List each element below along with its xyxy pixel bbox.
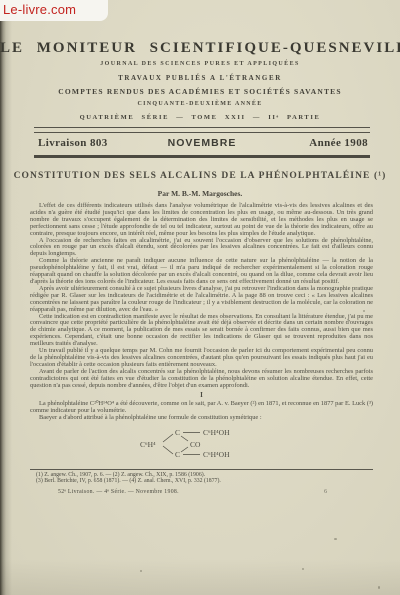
formula-bottom-carbon: C bbox=[175, 450, 180, 459]
paper-speck bbox=[363, 310, 365, 312]
paper-speck bbox=[302, 568, 304, 570]
footnotes: (1) Z. angew. Ch., 1907, p. 6. — (2) Z. … bbox=[30, 472, 373, 485]
masthead-line-travaux: TRAVAUX PUBLIÉS A L'ÉTRANGER bbox=[0, 74, 400, 82]
article-paragraph: Baeyer a d'abord attribué à la phénolpht… bbox=[30, 415, 373, 422]
section-marker: I bbox=[30, 392, 373, 399]
article-title: CONSTITUTION DES SELS ALCALINS DE LA PHÉ… bbox=[0, 171, 400, 181]
journal-subtitle: JOURNAL DES SCIENCES PURES ET APPLIQUÉES bbox=[0, 61, 400, 67]
article-body: L'effet de ces différents indicateurs ut… bbox=[30, 203, 373, 496]
issue-band: Livraison 803 NOVEMBRE Année 1908 bbox=[34, 136, 370, 152]
formula-top-group: C⁶H⁴OH bbox=[203, 428, 230, 437]
journal-title: LE MONITEUR SCIENTIFIQUE-QUESNEVILLE bbox=[0, 40, 400, 57]
article-paragraph: Avant de parler de l'action des alcalis … bbox=[30, 369, 373, 390]
masthead-line-comptes-rendus: COMPTES RENDUS DES ACADÉMIES ET SOCIÉTÉS… bbox=[0, 87, 400, 96]
masthead-line-serie-tome: QUATRIÈME SÉRIE — TOME XXII — IIᵉ PARTIE bbox=[0, 114, 400, 121]
paper-speck bbox=[378, 586, 380, 589]
article-paragraph: Après avoir ultérieurement consulté à ce… bbox=[30, 286, 373, 314]
printer-signature-row: 52ᵉ Livraison. — 4ᵉ Série. — Novembre 19… bbox=[30, 489, 373, 496]
footnote-line: (3) Berl. Berichte, IV, p. 658 (1871). —… bbox=[30, 478, 373, 484]
formula-left-group: C⁶H⁴ bbox=[140, 440, 156, 449]
bond-line bbox=[181, 436, 188, 441]
article-paragraph: Cette indication est en contradiction ma… bbox=[30, 314, 373, 349]
formula-middle-group: CO bbox=[190, 440, 201, 449]
footnote-rule bbox=[30, 469, 373, 470]
page-mark: 6 bbox=[324, 489, 327, 496]
article-paragraph: L'effet de ces différents indicateurs ut… bbox=[30, 203, 373, 238]
issue-year: Année 1908 bbox=[309, 137, 368, 149]
printer-signature: 52ᵉ Livraison. — 4ᵉ Série. — Novembre 19… bbox=[58, 489, 179, 496]
masthead-line-annee: CINQUANTE-DEUXIÈME ANNÉE bbox=[0, 101, 400, 107]
double-rule bbox=[34, 127, 370, 133]
thick-rule bbox=[34, 155, 370, 158]
formula-bottom-group: C⁶H⁴OH bbox=[203, 450, 230, 459]
bond-line bbox=[163, 434, 173, 442]
article-paragraph: Un travail publié il y a quelque temps p… bbox=[30, 348, 373, 369]
formula-top-carbon: C bbox=[175, 428, 180, 437]
bond-line bbox=[181, 447, 188, 452]
bookseller-watermark: Le-livre.com bbox=[3, 2, 76, 17]
article-paragraph: La phénolphtaléine C²⁰H¹⁴O⁴ a été découv… bbox=[30, 401, 373, 415]
paper-speck bbox=[334, 538, 337, 540]
paper-speck bbox=[140, 570, 142, 572]
bond-line bbox=[163, 446, 173, 454]
article-paragraph: A l'occasion de recherches faites en alc… bbox=[30, 238, 373, 259]
article-paragraph: Comme la théorie ancienne ne paraît indi… bbox=[30, 258, 373, 286]
chemical-formula-diagram: C⁶H⁴ C C⁶H⁴OH CO C C⁶H⁴OH bbox=[138, 424, 278, 460]
article-byline: Par M. B.-M. Margosches. bbox=[0, 189, 400, 198]
scanned-journal-page: Le-livre.com LE MONITEUR SCIENTIFIQUE-QU… bbox=[0, 0, 400, 595]
